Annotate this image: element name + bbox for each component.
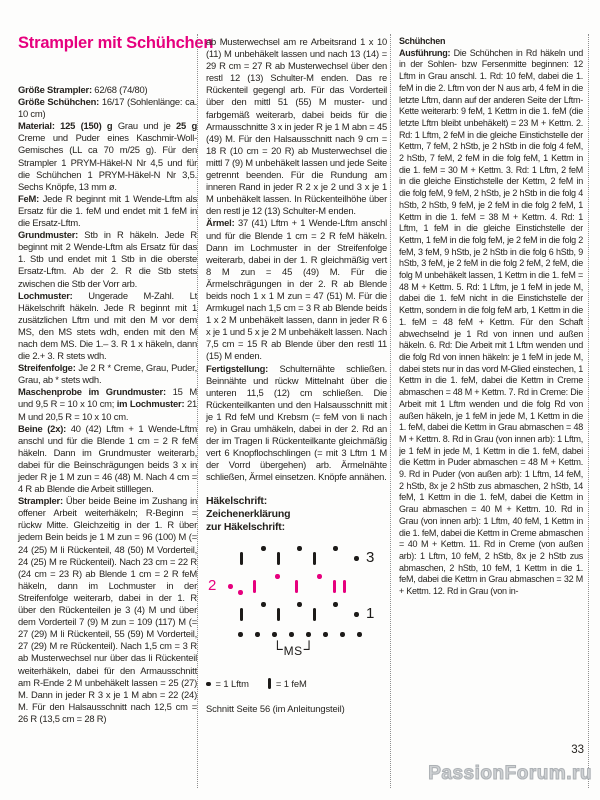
haekelschrift-diagram: └ MS ┘ 321 — [206, 542, 387, 668]
lftm-symbol — [297, 602, 302, 607]
lftm-symbol — [261, 546, 266, 551]
lftm-symbol — [297, 546, 302, 551]
ms-bracket: └ MS ┘ — [272, 642, 314, 658]
fem-symbol — [277, 552, 280, 565]
magazine-page: Strampler mit Schühchen Größe Strampler:… — [0, 0, 600, 800]
middle-column: ab Musterwechsel am re Arbeitsrand 1 x 1… — [206, 36, 387, 714]
fem-symbol — [277, 608, 280, 621]
bold-text: Streifenfolge: — [18, 362, 76, 373]
lftm-symbol — [340, 632, 345, 637]
bold-text: Beine (2x): — [18, 423, 66, 434]
lftm-symbol — [275, 574, 280, 579]
bold-text: Ausführung: — [399, 48, 450, 58]
bold-text: Größe Schühchen: — [18, 96, 99, 107]
legend-lftm-label: = 1 Lftm — [216, 678, 249, 689]
row-number-label: 2 — [208, 578, 216, 593]
body-text: 37 (41) Lftm + 1 Wende-Lftm anschl und f… — [206, 217, 387, 361]
middle-column-text: ab Musterwechsel am re Arbeitsrand 1 x 1… — [206, 36, 387, 483]
paragraph-ausfuehrung: Ausführung: Die Schühchen in Rd häkeln u… — [399, 48, 583, 598]
body-text: 62/68 (74/80) — [92, 84, 148, 95]
lftm-dot-icon — [206, 682, 211, 687]
right-column-text: SchühchenAusführung: Die Schühchen in Rd… — [399, 36, 583, 598]
lftm-symbol — [333, 602, 338, 607]
right-column: SchühchenAusführung: Die Schühchen in Rd… — [399, 36, 583, 762]
bold-text: FeM: — [18, 193, 39, 204]
paragraph-groesse-schuehchen: Größe Schühchen: 16/17 (Sohlenlänge: ca.… — [18, 96, 197, 120]
paragraph-schuehchen-heading: Schühchen — [399, 36, 583, 48]
lftm-symbol — [228, 584, 233, 589]
fem-symbol — [240, 552, 243, 565]
body-text: Grau und je — [112, 120, 176, 131]
schnitt-note: Schnitt Seite 56 (im Anleitungsteil) — [206, 703, 387, 714]
paragraph-streifenfolge: Streifenfolge: Je 2 R * Creme, Grau, Pud… — [18, 362, 197, 386]
left-column: Größe Strampler: 62/68 (74/80)Größe Schü… — [18, 84, 197, 725]
body-text: Creme und Puder eines Kaschmir-Woll-Gemi… — [18, 132, 197, 191]
lftm-symbol — [261, 602, 266, 607]
column-divider — [588, 34, 589, 788]
paragraph-groesse-strampler: Größe Strampler: 62/68 (74/80) — [18, 84, 197, 96]
fem-bar-icon — [268, 678, 271, 689]
fem-symbol — [333, 580, 336, 593]
fem-symbol — [343, 580, 346, 593]
row-number-label: 1 — [366, 606, 374, 621]
bold-text: Lochmuster: — [18, 290, 73, 301]
ms-label: MS — [283, 642, 304, 658]
paragraph-grundmuster: Grundmuster: Stb in R häkeln. Jede R beg… — [18, 229, 197, 289]
watermark: PassionForum.ru — [428, 763, 592, 785]
fem-symbol — [313, 608, 316, 621]
page-number: 33 — [571, 744, 584, 756]
body-text: Jede R beginnt mit 1 Wende-Lftm als Ersa… — [18, 193, 197, 228]
fem-symbol — [295, 580, 298, 593]
paragraph-strampler: Strampler: Über beide Beine im Zushang i… — [18, 495, 197, 725]
bold-text: Schühchen — [399, 36, 445, 46]
haekelschrift-heading-line: Häkelschrift: — [206, 495, 387, 508]
lftm-symbol — [354, 556, 359, 561]
lftm-symbol — [255, 632, 260, 637]
lftm-symbol — [317, 574, 322, 579]
body-text: Schulternähte schließen. Beinnähte und r… — [206, 363, 387, 483]
column-divider — [390, 34, 391, 788]
body-text: Die Schühchen in Rd häkeln und in der So… — [399, 48, 583, 596]
haekelschrift-heading: Häkelschrift: Zeichenerklärung zur Häkel… — [206, 495, 387, 534]
paragraph-aermel: Ärmel: 37 (41) Lftm + 1 Wende-Lftm ansch… — [206, 217, 387, 362]
bold-text: im Lochmuster: — [117, 398, 185, 409]
page-title: Strampler mit Schühchen — [18, 34, 213, 53]
bold-text: Maschenprobe im Grundmuster: — [18, 386, 166, 397]
lftm-symbol — [354, 612, 359, 617]
lftm-symbol — [238, 632, 243, 637]
bold-text: Material: 125 (150) g — [18, 120, 112, 131]
diagram-legend: = 1 Lftm = 1 feM — [206, 678, 387, 689]
body-text: Über beide Beine im Zushang in offener A… — [18, 495, 197, 724]
lftm-symbol — [323, 632, 328, 637]
paragraph-fertigstellung: Fertigstellung: Schulternähte schließen.… — [206, 363, 387, 484]
lftm-symbol — [306, 632, 311, 637]
bold-text: 25 g — [176, 120, 197, 131]
fem-symbol — [313, 552, 316, 565]
body-text: ab Musterwechsel am re Arbeitsrand 1 x 1… — [206, 36, 387, 216]
lftm-symbol — [333, 546, 338, 551]
column-divider — [197, 34, 198, 788]
legend-fem-label: = 1 feM — [276, 678, 307, 689]
fem-symbol — [240, 608, 243, 621]
lftm-symbol — [289, 632, 294, 637]
bold-text: Strampler: — [18, 495, 63, 506]
bold-text: Fertigstellung: — [206, 363, 268, 374]
paragraph-strampler-fortsetzung: ab Musterwechsel am re Arbeitsrand 1 x 1… — [206, 36, 387, 217]
fem-symbol — [253, 580, 256, 593]
paragraph-maschenprobe: Maschenprobe im Grundmuster: 15 M und 9,… — [18, 386, 197, 422]
ms-bracket-right: ┘ — [304, 642, 315, 657]
haekelschrift-heading-line: Zeichenerklärung — [206, 508, 387, 521]
paragraph-material: Material: 125 (150) g Grau und je 25 g C… — [18, 120, 197, 193]
lftm-symbol — [238, 590, 243, 595]
bold-text: Ärmel: — [206, 217, 235, 228]
bold-text: Grundmuster: — [18, 229, 78, 240]
paragraph-beine: Beine (2x): 40 (42) Lftm + 1 Wende-Lftm … — [18, 423, 197, 496]
haekelschrift-heading-line: zur Häkelschrift: — [206, 521, 387, 534]
lftm-symbol — [272, 632, 277, 637]
bold-text: Größe Strampler: — [18, 84, 92, 95]
ms-bracket-left: └ — [272, 642, 283, 657]
row-number-label: 3 — [366, 550, 374, 565]
paragraph-fem: FeM: Jede R beginnt mit 1 Wende-Lftm als… — [18, 193, 197, 229]
left-column-text: Größe Strampler: 62/68 (74/80)Größe Schü… — [18, 84, 197, 725]
paragraph-lochmuster: Lochmuster: Ungerade M-Zahl. Lt Häkelsch… — [18, 290, 197, 363]
lftm-symbol — [357, 632, 362, 637]
